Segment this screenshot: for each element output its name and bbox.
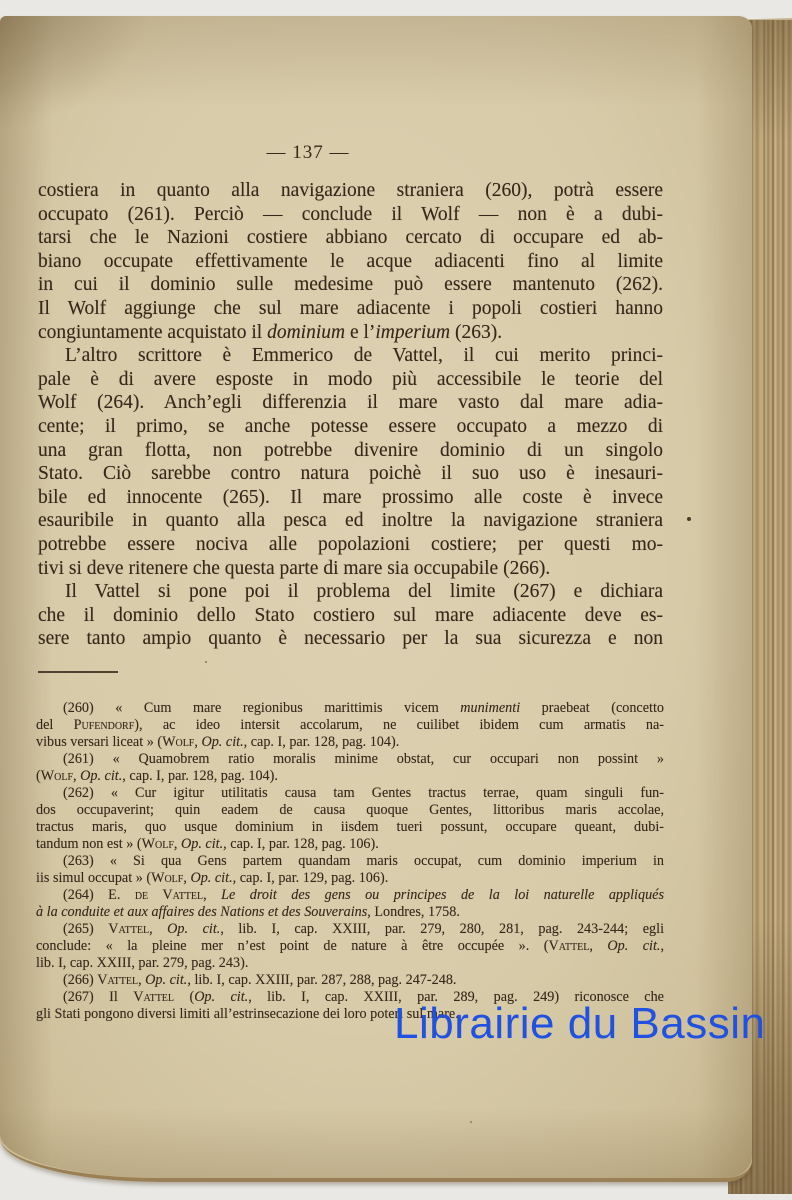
footnote-line: à la conduite et aux affaires des Nation…: [36, 904, 664, 921]
dust-speck: [470, 1121, 472, 1123]
body-text-line: una gran flotta, non potrebbe divenire d…: [38, 439, 663, 463]
body-text-line: costiera in quanto alla navigazione stra…: [38, 179, 663, 203]
footnote-line: conclude: « la pleine mer n’est point de…: [36, 938, 664, 955]
dust-speck: [687, 517, 691, 521]
photo-background: { "colors": { "photo_background": "#e9e8…: [0, 0, 792, 1200]
body-text-line: Stato. Ciò sarebbe contro natura poichè …: [38, 462, 663, 486]
body-text-line: pale è di avere esposte in modo più acce…: [38, 368, 663, 392]
footnote-line: tractus maris, quo usque dominium in iis…: [36, 819, 664, 836]
body-text-line: Il Vattel si pone poi il problema del li…: [38, 580, 663, 604]
body-text-line: congiuntamente acquistato il dominium e …: [38, 321, 663, 345]
body-text-line: cente; il primo, se anche potesse essere…: [38, 415, 663, 439]
footnote-line: vibus versari liceat » (Wolf, Op. cit., …: [36, 734, 664, 751]
footnote-line: (260) « Cum mare regionibus marittimis v…: [36, 700, 664, 717]
footnote-line: tandum non est » (Wolf, Op. cit., cap. I…: [36, 836, 664, 853]
body-text-line: sere tanto ampio quanto è necessario per…: [38, 627, 663, 651]
footnote-separator-rule: [38, 671, 118, 673]
footnote-line: (266) Vattel, Op. cit., lib. I, cap. XXI…: [36, 972, 664, 989]
body-text-line: Il Wolf aggiunge che sul mare adiacente …: [38, 297, 663, 321]
body-text-line: tivi si deve ritenere che questa parte d…: [38, 557, 663, 581]
body-text-line: che il dominio dello Stato costiero sul …: [38, 604, 663, 628]
body-text-line: Wolf (264). Anch’egli differenzia il mar…: [38, 391, 663, 415]
footnote-line: iis simul occupat » (Wolf, Op. cit., cap…: [36, 870, 664, 887]
body-text-line: occupato (261). Perciò — conclude il Wol…: [38, 203, 663, 227]
footnote-line: (264) E. de Vattel, Le droit des gens ou…: [36, 887, 664, 904]
body-text-line: bile ed innocente (265). Il mare prossim…: [38, 486, 663, 510]
footnote-line: dos occupaverint; quin eadem de causa qu…: [36, 802, 664, 819]
bookseller-watermark: Librairie du Bassin: [394, 999, 765, 1049]
footnote-line: lib. I, cap. XXIII, par. 279, pag. 243).: [36, 955, 664, 972]
footnote-line: (263) « Si qua Gens partem quandam maris…: [36, 853, 664, 870]
footnote-line: (265) Vattel, Op. cit., lib. I, cap. XXI…: [36, 921, 664, 938]
page-number: — 137 —: [38, 142, 578, 164]
body-text-line: in cui il dominio sulle medesime può ess…: [38, 273, 663, 297]
dust-speck: [205, 661, 207, 663]
body-text-line: L’altro scrittore è Emmerico de Vattel, …: [38, 344, 663, 368]
footnote-line: del Pufendorf), ac ideo intersit accolar…: [36, 717, 664, 734]
footnote-line: (261) « Quamobrem ratio moralis minime o…: [36, 751, 664, 768]
footnote-line: (Wolf, Op. cit., cap. I, par. 128, pag. …: [36, 768, 664, 785]
body-text: costiera in quanto alla navigazione stra…: [38, 179, 663, 651]
footnotes-block: (260) « Cum mare regionibus marittimis v…: [36, 700, 664, 1023]
body-text-line: potrebbe essere nociva alle popolazioni …: [38, 533, 663, 557]
body-text-line: tarsi che le Nazioni costiere abbiano ce…: [38, 226, 663, 250]
footnote-line: (262) « Cur igitur utilitatis causa tam …: [36, 785, 664, 802]
body-text-line: esauribile in quanto alla pesca ed inolt…: [38, 509, 663, 533]
body-text-line: biano occupate effettivamente le acque a…: [38, 250, 663, 274]
